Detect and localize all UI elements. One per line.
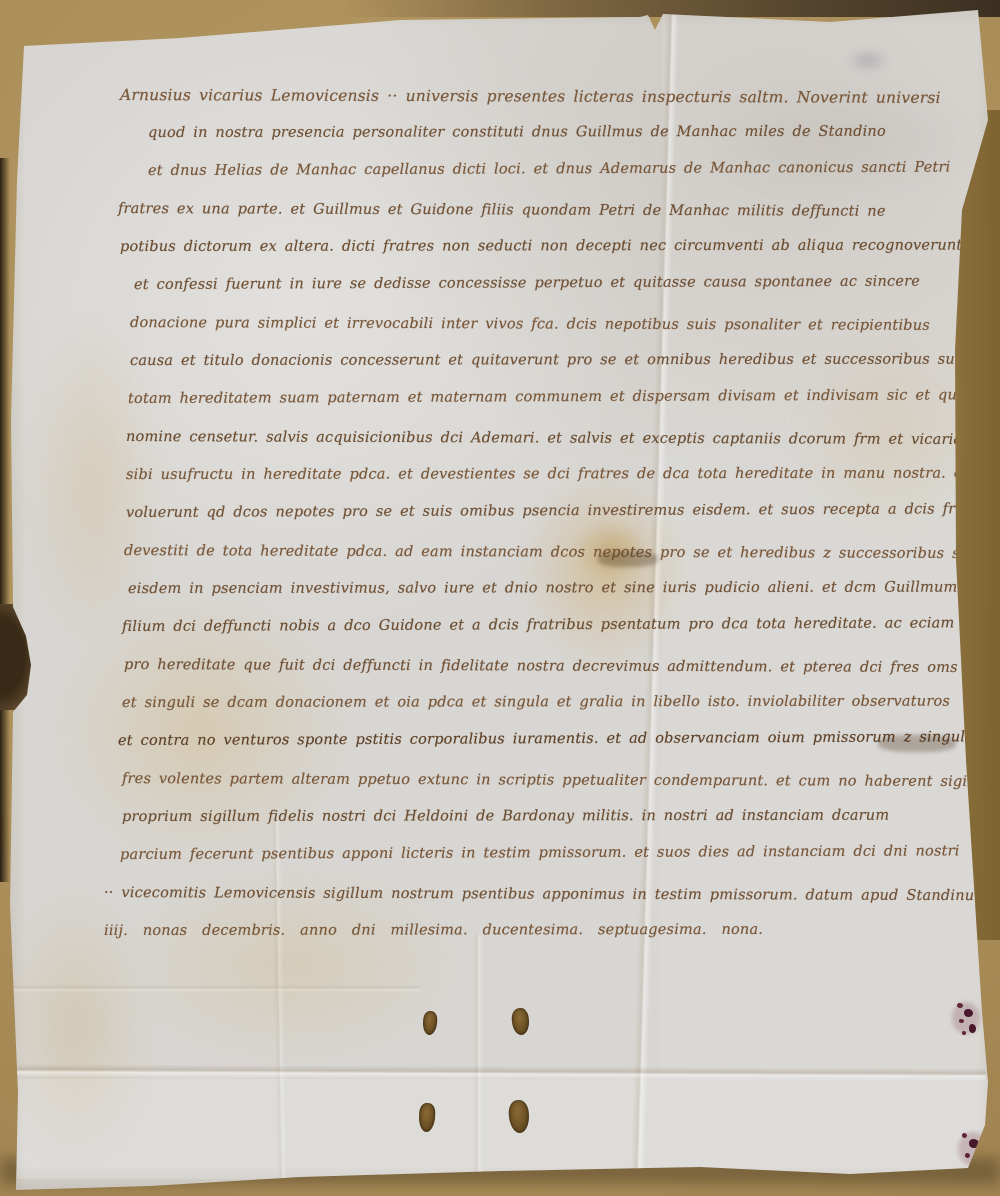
manuscript-line: filium dci deffuncti nobis a dco Guidone… xyxy=(122,604,964,646)
manuscript-line: pro hereditate que fuit dci deffuncti in… xyxy=(124,646,964,687)
wax-speck xyxy=(959,1019,964,1023)
wax-speck xyxy=(969,1024,976,1033)
wax-speck xyxy=(957,1003,963,1008)
manuscript-line: iiij. nonas decembris. anno dni millesim… xyxy=(104,910,964,950)
filing-hole xyxy=(422,1011,438,1036)
wax-speck xyxy=(962,1133,967,1138)
manuscript-line: nomine censetur. salvis acquisicionibus … xyxy=(126,418,964,459)
manuscript-line: totam hereditatem suam paternam et mater… xyxy=(128,376,964,418)
parchment-sheet: Arnusius vicarius Lemovicensis ·· univer… xyxy=(0,0,1000,1196)
manuscript-line: causa et titulo donacionis concesserunt … xyxy=(130,341,964,380)
dark-left-edge xyxy=(0,158,10,882)
fold-crease-horizontal-faint xyxy=(0,984,420,993)
manuscript-line: potibus dictorum ex altera. dicti fratre… xyxy=(120,227,964,266)
manuscript-line: et contra no venturos sponte pstitis cor… xyxy=(118,718,964,760)
sheet-lower-highlight xyxy=(0,1079,1000,1179)
filing-hole xyxy=(511,1007,530,1035)
manuscript-line: eisdem in psenciam investivimus, salvo i… xyxy=(128,569,964,608)
wax-speck xyxy=(964,1009,973,1017)
manuscript-line: et dnus Helias de Manhac capellanus dict… xyxy=(148,148,964,190)
wax-speck xyxy=(965,1153,970,1158)
wax-speck xyxy=(962,1031,966,1035)
manuscript-line: proprium sigillum fidelis nostri dci Hel… xyxy=(122,797,964,836)
manuscript-line: Arnusius vicarius Lemovicensis ·· univer… xyxy=(120,76,964,117)
manuscript-line: parcium fecerunt psentibus apponi licter… xyxy=(120,832,964,874)
manuscript-line: quod in nostra presencia personaliter co… xyxy=(148,113,964,152)
manuscript-line: devestiti de tota hereditate pdca. ad ea… xyxy=(124,532,964,573)
manuscript-line: sibi usufructu in hereditate pdca. et de… xyxy=(126,455,964,494)
ink-blot xyxy=(598,551,658,567)
manuscript-line: et singuli se dcam donacionem et oia pdc… xyxy=(122,683,964,722)
manuscript-text: Arnusius vicarius Lemovicensis ·· univer… xyxy=(118,76,964,950)
manuscript-line: et confessi fuerunt in iure se dedisse c… xyxy=(134,262,964,304)
manuscript-line: donacione pura simplici et irrevocabili … xyxy=(130,304,964,345)
manuscript-line: fratres ex una parte. et Guillmus et Gui… xyxy=(118,190,964,231)
manuscript-line: fres volentes partem alteram ppetuo extu… xyxy=(122,760,964,801)
manuscript-line: ·· vicecomitis Lemovicensis sigillum nos… xyxy=(104,874,964,915)
photo-of-parchment-charter: Arnusius vicarius Lemovicensis ·· univer… xyxy=(0,0,1000,1196)
ink-blot xyxy=(878,735,956,752)
manuscript-line: voluerunt qd dcos nepotes pro se et suis… xyxy=(126,490,964,532)
